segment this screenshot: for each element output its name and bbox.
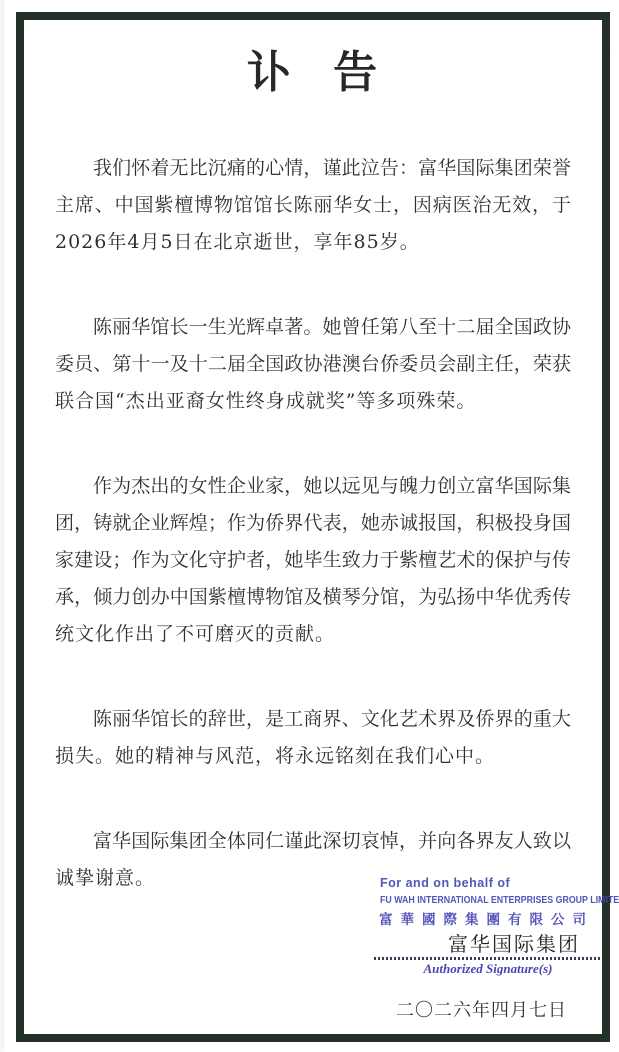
text-line: 承，倾力创办中国紫檀博物馆及横琴分馆，为弘扬中华优秀传 [55,579,571,616]
text-line: 家建设；作为文化守护者，她毕生致力于紫檀艺术的保护与传 [55,542,571,579]
page-title: 讣 告 [24,44,602,102]
stamp-text-company-chinese: 富華國際集團有限公司 [379,908,594,928]
authorized-signature-label: Authorized Signature(s) [374,961,602,977]
paragraph-2: 陈丽华馆长一生光辉卓著。她曾任第八至十二届全国政协 委员、第十一及十二届全国政协… [55,309,571,420]
text-line: 主席、中国紫檀博物馆馆长陈丽华女士，因病医治无效，于 [55,187,571,224]
signer-name: 富华国际集团 [448,928,580,957]
document-date: 二〇二六年四月七日 [396,996,567,1026]
body-text: 我们怀着无比沉痛的心情，谨此泣告：富华国际集团荣誉 主席、中国紫檀博物馆馆长陈丽… [55,150,571,897]
paragraph-4: 陈丽华馆长的辞世，是工商界、文化艺术界及侨界的重大 损失。她的精神与风范，将永远… [55,701,571,775]
paragraph-3: 作为杰出的女性企业家，她以远见与魄力创立富华国际集 团，铸就企业辉煌；作为侨界代… [55,468,571,653]
text-line: 陈丽华馆长一生光辉卓著。她曾任第八至十二届全国政协 [55,309,571,346]
text-line: 陈丽华馆长的辞世，是工商界、文化艺术界及侨界的重大 [55,701,571,738]
paragraph-5: 富华国际集团全体同仁谨此深切哀悼，并向各界友人致以 诚挚谢意。 [55,823,571,897]
text-line: 团，铸就企业辉煌；作为侨界代表，她赤诚报国，积极投身国 [55,505,571,542]
text-line: 联合国“杰出亚裔女性终身成就奖”等多项殊荣。 [55,383,571,420]
text-line: 诚挚谢意。 [55,860,571,897]
text-line: 损失。她的精神与风范，将永远铭刻在我们心中。 [55,738,571,775]
text-line: 2026年4月5日在北京逝世，享年85岁。 [55,224,571,261]
text-line: 我们怀着无比沉痛的心情，谨此泣告：富华国际集团荣誉 [55,150,571,187]
text-line: 作为杰出的女性企业家，她以远见与魄力创立富华国际集 [55,468,571,505]
text-line: 富华国际集团全体同仁谨此深切哀悼，并向各界友人致以 [55,823,571,860]
paragraph-1: 我们怀着无比沉痛的心情，谨此泣告：富华国际集团荣誉 主席、中国紫檀博物馆馆长陈丽… [55,150,571,261]
document-frame: 讣 告 我们怀着无比沉痛的心情，谨此泣告：富华国际集团荣誉 主席、中国紫檀博物馆… [16,12,610,1042]
scan-edge-shadow [0,0,4,1052]
text-line: 委员、第十一及十二届全国政协港澳台侨委员会副主任，荣获 [55,346,571,383]
signature-dotted-line [374,957,602,960]
text-line: 统文化作出了不可磨灭的贡献。 [55,616,571,653]
